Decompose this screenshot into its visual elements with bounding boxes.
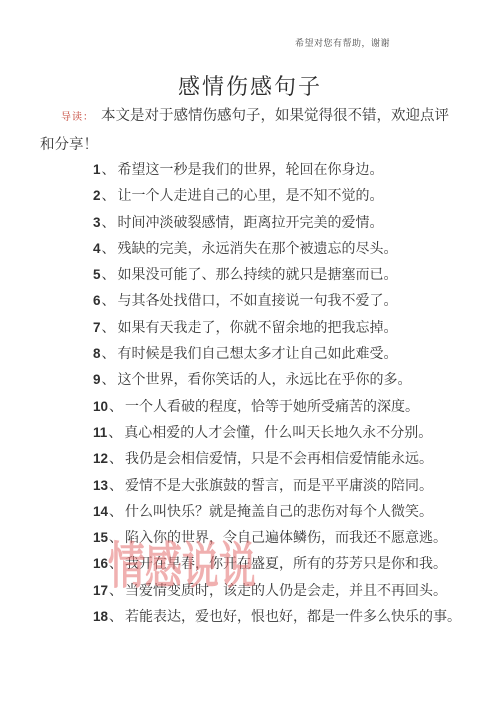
item-number: 6 <box>93 293 101 308</box>
item-separator: 、 <box>102 347 116 362</box>
intro-text-line1: 本文是对于感情伤感句子，如果觉得很不错，欢迎点评 <box>101 108 449 124</box>
item-number: 4 <box>93 241 101 256</box>
item-text: 真心相爱的人才会懂，什么叫天长地久永不分别。 <box>124 426 432 441</box>
intro-line-1: 导读：本文是对于感情伤感句子，如果觉得很不错，欢迎点评 <box>40 103 462 132</box>
list-item: 17、当爱情变质时，该走的人仍是会走，并且不再回头。 <box>93 578 480 604</box>
list-item: 10、一个人看破的程度，恰等于她所受痛苦的深度。 <box>93 394 480 420</box>
item-separator: 、 <box>109 479 123 494</box>
list-item: 16、我开在早春，你开在盛夏，所有的芬芳只是你和我。 <box>93 551 480 577</box>
header-note: 希望对您有帮助，谢谢 <box>295 36 390 49</box>
item-number: 9 <box>93 372 101 387</box>
item-text: 什么叫快乐？就是掩盖自己的悲伤对每个人微笑。 <box>125 505 433 520</box>
list-item: 1、希望这一秒是我们的世界，轮回在你身边。 <box>93 157 480 183</box>
list-item: 11、真心相爱的人才会懂，什么叫天长地久永不分别。 <box>93 420 480 446</box>
item-separator: 、 <box>102 163 116 178</box>
list-item: 6、与其各处找借口，不如直接说一句我不爱了。 <box>93 288 480 314</box>
item-number: 16 <box>93 556 108 571</box>
item-text: 与其各处找借口，不如直接说一句我不爱了。 <box>118 294 398 309</box>
list-item: 14、什么叫快乐？就是掩盖自己的悲伤对每个人微笑。 <box>93 499 480 525</box>
item-separator: 、 <box>102 216 116 231</box>
list-item: 4、残缺的完美，永远消失在那个被遗忘的尽头。 <box>93 236 480 262</box>
item-number: 17 <box>93 583 108 598</box>
item-separator: 、 <box>109 531 123 546</box>
item-number: 14 <box>93 504 108 519</box>
item-separator: 、 <box>109 400 123 415</box>
list-item: 7、如果有天我走了，你就不留余地的把我忘掉。 <box>93 315 480 341</box>
item-number: 13 <box>93 478 108 493</box>
intro-paragraph: 导读：本文是对于感情伤感句子，如果觉得很不错，欢迎点评 和分享！ <box>40 103 462 158</box>
list-item: 15、陷入你的世界，令自己遍体鳞伤，而我还不愿意逃。 <box>93 525 480 551</box>
list-item: 3、时间冲淡破裂感情，距离拉开完美的爱情。 <box>93 210 480 236</box>
item-text: 若能表达，爱也好，恨也好，都是一件多么快乐的事。 <box>125 610 461 625</box>
item-text: 有时候是我们自己想太多才让自己如此难受。 <box>118 347 398 362</box>
intro-text-line2: 和分享！ <box>40 132 462 159</box>
item-separator: 、 <box>102 268 116 283</box>
item-separator: 、 <box>102 373 116 388</box>
item-separator: 、 <box>102 242 116 257</box>
item-text: 一个人看破的程度，恰等于她所受痛苦的深度。 <box>125 400 419 415</box>
item-separator: 、 <box>102 294 116 309</box>
list-item: 9、这个世界，看你笑话的人，永远比在乎你的多。 <box>93 367 480 393</box>
quote-list: 1、希望这一秒是我们的世界，轮回在你身边。 2、让一个人走进自己的心里，是不知不… <box>93 157 480 630</box>
list-item: 2、让一个人走进自己的心里，是不知不觉的。 <box>93 183 480 209</box>
item-text: 这个世界，看你笑话的人，永远比在乎你的多。 <box>118 373 412 388</box>
item-text: 我仍是会相信爱情，只是不会再相信爱情能永远。 <box>125 452 433 467</box>
item-text: 如果有天我走了，你就不留余地的把我忘掉。 <box>118 321 398 336</box>
list-item: 13、爱情不是大张旗鼓的誓言，而是平平庸淡的陪同。 <box>93 473 480 499</box>
item-separator: 、 <box>109 557 123 572</box>
list-item: 18、若能表达，爱也好，恨也好，都是一件多么快乐的事。 <box>93 604 480 630</box>
item-number: 12 <box>93 451 108 466</box>
item-separator: 、 <box>109 452 123 467</box>
item-separator: 、 <box>102 189 116 204</box>
item-number: 3 <box>93 215 101 230</box>
item-separator: 、 <box>102 321 116 336</box>
item-text: 希望这一秒是我们的世界，轮回在你身边。 <box>118 163 384 178</box>
item-number: 8 <box>93 346 101 361</box>
item-text: 爱情不是大张旗鼓的誓言，而是平平庸淡的陪同。 <box>125 479 433 494</box>
page-title: 感情伤感句子 <box>0 70 500 101</box>
item-separator: 、 <box>109 610 123 625</box>
item-number: 10 <box>93 399 108 414</box>
item-separator: 、 <box>108 426 122 441</box>
list-item: 5、如果没可能了、那么持续的就只是搪塞而已。 <box>93 262 480 288</box>
item-text: 让一个人走进自己的心里，是不知不觉的。 <box>118 189 384 204</box>
item-text: 当爱情变质时，该走的人仍是会走，并且不再回头。 <box>125 584 447 599</box>
item-number: 18 <box>93 609 108 624</box>
item-text: 时间冲淡破裂感情，距离拉开完美的爱情。 <box>118 216 384 231</box>
intro-label: 导读： <box>61 112 94 123</box>
item-number: 5 <box>93 267 101 282</box>
item-number: 2 <box>93 188 101 203</box>
list-item: 12、我仍是会相信爱情，只是不会再相信爱情能永远。 <box>93 446 480 472</box>
item-text: 如果没可能了、那么持续的就只是搪塞而已。 <box>118 268 398 283</box>
item-number: 11 <box>93 425 107 440</box>
item-separator: 、 <box>109 505 123 520</box>
item-number: 1 <box>93 162 101 177</box>
item-separator: 、 <box>109 584 123 599</box>
item-number: 7 <box>93 320 101 335</box>
document-page: 希望对您有帮助，谢谢 感情伤感句子 导读：本文是对于感情伤感句子，如果觉得很不错… <box>0 0 500 707</box>
item-text: 残缺的完美，永远消失在那个被遗忘的尽头。 <box>118 242 398 257</box>
list-item: 8、有时候是我们自己想太多才让自己如此难受。 <box>93 341 480 367</box>
item-number: 15 <box>93 530 108 545</box>
item-text: 我开在早春，你开在盛夏，所有的芬芳只是你和我。 <box>125 557 447 572</box>
item-text: 陷入你的世界，令自己遍体鳞伤，而我还不愿意逃。 <box>125 531 447 546</box>
